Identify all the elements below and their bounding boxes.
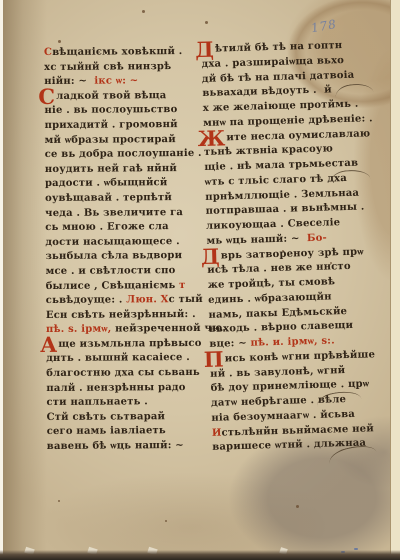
manuscript-line: чеда . Вь звеличите га (45, 206, 197, 222)
manuscript-line: мсе . и свѣтлости спо (46, 265, 198, 281)
ink-text: Есн свѣть нейзрѣнный: . (46, 309, 196, 321)
ink-text: ноудить ней гаѣ нйнй (45, 163, 177, 175)
ink-text: се вь добра послоушаніе . (45, 148, 202, 160)
manuscript-line: Стй свѣть сьтварай (47, 411, 199, 427)
ink-speck (58, 40, 61, 43)
ink-speck (142, 10, 145, 13)
ink-text: чеда . Вь звеличите га (45, 207, 183, 219)
manuscript-line: сьвѣдоуще: . Люн. Хс тый (46, 294, 198, 310)
manuscript-line: Аще изьмльнла прѣвысо (46, 338, 198, 354)
ink-text: палй . нензрѣнны радо (46, 382, 185, 394)
rubric-text: пѣ. и. ірмѡ, ѕ:. (250, 335, 335, 348)
photo-bottom-edge (0, 550, 400, 560)
ink-text: ніе . вь послоушьство (44, 104, 177, 116)
ink-text: оувѣщавай . терпѣтй (45, 192, 172, 204)
manuscript-line: днть . вышнй касаіесе . (46, 352, 198, 368)
ink-text: ликоующаа . Свеселіе (206, 217, 340, 232)
manuscript-line: зьнбыла сѣла вьдвори (45, 250, 197, 266)
rubric-text: ікс ѡ: ~ (94, 76, 138, 87)
ink-text: благостню дха сы сьвань (46, 367, 200, 379)
rubric-initial: Ж (197, 131, 225, 146)
ink-text: радости . ѡбыщнйсй (45, 177, 168, 189)
manuscript-line: благостню дха сы сьвань (46, 367, 198, 383)
rubric-text: т (179, 280, 185, 291)
rubric-initial: Д (201, 249, 220, 264)
ink-speck (296, 505, 299, 508)
manuscript-line: Сладкой твой вѣща (44, 90, 196, 106)
ink-text: Стй свѣть сьтварай (47, 411, 166, 423)
manuscript-line: нійн: ~ ікс ѡ: ~ (44, 75, 196, 91)
rubric-initial: С (38, 90, 55, 104)
photo-left-edge (0, 0, 3, 560)
text-column-left: Свѣщаніємь ховѣкшй .хс тыйнй свѣ нинзрѣн… (44, 46, 199, 456)
manuscript-line: хс тыйнй свѣ нинзрѣ (44, 61, 196, 77)
rubric-initial: Д (195, 43, 214, 58)
manuscript-line: мй ѡбразы простирай (45, 133, 197, 149)
manuscript-line: оувѣщавай . терпѣтй (45, 192, 197, 208)
ink-text: вавень бѣ ѡць нашй: ~ (47, 440, 184, 452)
manuscript-line: палй . нензрѣнны радо (46, 382, 198, 398)
manuscript-line: сего намь іавліаеть (47, 425, 199, 441)
manuscript-line: ніе . вь послоушьство (44, 104, 196, 120)
rubric-text: Бо- (307, 232, 327, 244)
manuscript-line: пѣ. ѕ. ірмѡ, нейзреченной чю. (46, 323, 198, 339)
ink-speck (165, 520, 167, 522)
manuscript-line: ноудить ней гаѣ нйнй (45, 163, 197, 179)
manuscript-line: былисе , Свѣщаніємь т (46, 279, 198, 295)
manuscript-line: сь мною . Егоже сла (45, 221, 197, 237)
manuscript-line: се вь добра послоушаніе . (45, 148, 197, 164)
ink-text: с тый (169, 294, 203, 305)
ink-text: мй ѡбразы простирай (45, 134, 176, 146)
ink-text: же тройцѣ, ты смовѣ (208, 276, 336, 291)
manuscript-line: радости . ѡбыщнйсй (45, 177, 197, 193)
manuscript-line: Свѣщаніємь ховѣкшй . (44, 46, 196, 62)
ink-text: зьнбыла сѣла вьдвори (45, 250, 182, 262)
ink-speck (205, 21, 208, 24)
ink-text: былисе , Свѣщаніємь (46, 280, 180, 292)
ink-text: сьвѣдоуще: . (46, 295, 127, 307)
rubric-initial: А (40, 338, 57, 352)
ink-text: вѣщаніємь ховѣкшй . (52, 46, 182, 58)
rubric-text: Люн. Х (126, 294, 168, 305)
rubric-text: С (44, 47, 52, 58)
ink-text: тьнѣ жтвніа красоую (204, 144, 333, 159)
ink-text: сь мною . Егоже сла (45, 221, 169, 233)
next-page-edge (390, 0, 400, 560)
manuscript-line: Есн свѣть нейзрѣнный: . (46, 309, 198, 325)
ink-text: хс тыйнй свѣ нинзрѣ (44, 61, 171, 73)
ink-text: днть . вышнй касаіесе . (46, 352, 190, 364)
rubric-initial: П (204, 352, 224, 367)
manuscript-line: прихадитй . громовнй (45, 119, 197, 135)
ink-text: мсе . и свѣтлости спо (46, 265, 176, 277)
ink-text: единь . ѡбразающйн (208, 291, 332, 305)
rubric-text: И (212, 427, 222, 438)
ink-text: сти напльнаеть . (46, 397, 148, 409)
ink-speck (58, 500, 60, 502)
ink-text: вьвахади вѣдоуть . й (202, 85, 332, 100)
ink-text: мь ѡць нашй: ~ (206, 233, 307, 247)
ink-text: дости насыщающесе . (45, 236, 179, 248)
manuscript-line: сти напльнаеть . (46, 396, 198, 412)
ink-text: прихадитй . громовнй (45, 119, 178, 131)
ink-text: нй . вь завулонѣ, ѡгнй (210, 365, 345, 380)
ink-text: ѣтилй бѣ тѣ на гоптн (215, 40, 343, 55)
manuscript-line: дости насыщающесе . (45, 236, 197, 252)
ink-text: ще изьмльнла прѣвысо (58, 338, 201, 350)
manuscript-line: вавень бѣ ѡць нашй: ~ (47, 440, 199, 456)
manuscript-photo: 178 Свѣщаніємь ховѣкшй .хс тыйнй свѣ нин… (0, 0, 400, 560)
ink-text: сего намь іавліаеть (47, 426, 166, 438)
ink-text: ладкой твой вѣща (56, 90, 166, 102)
